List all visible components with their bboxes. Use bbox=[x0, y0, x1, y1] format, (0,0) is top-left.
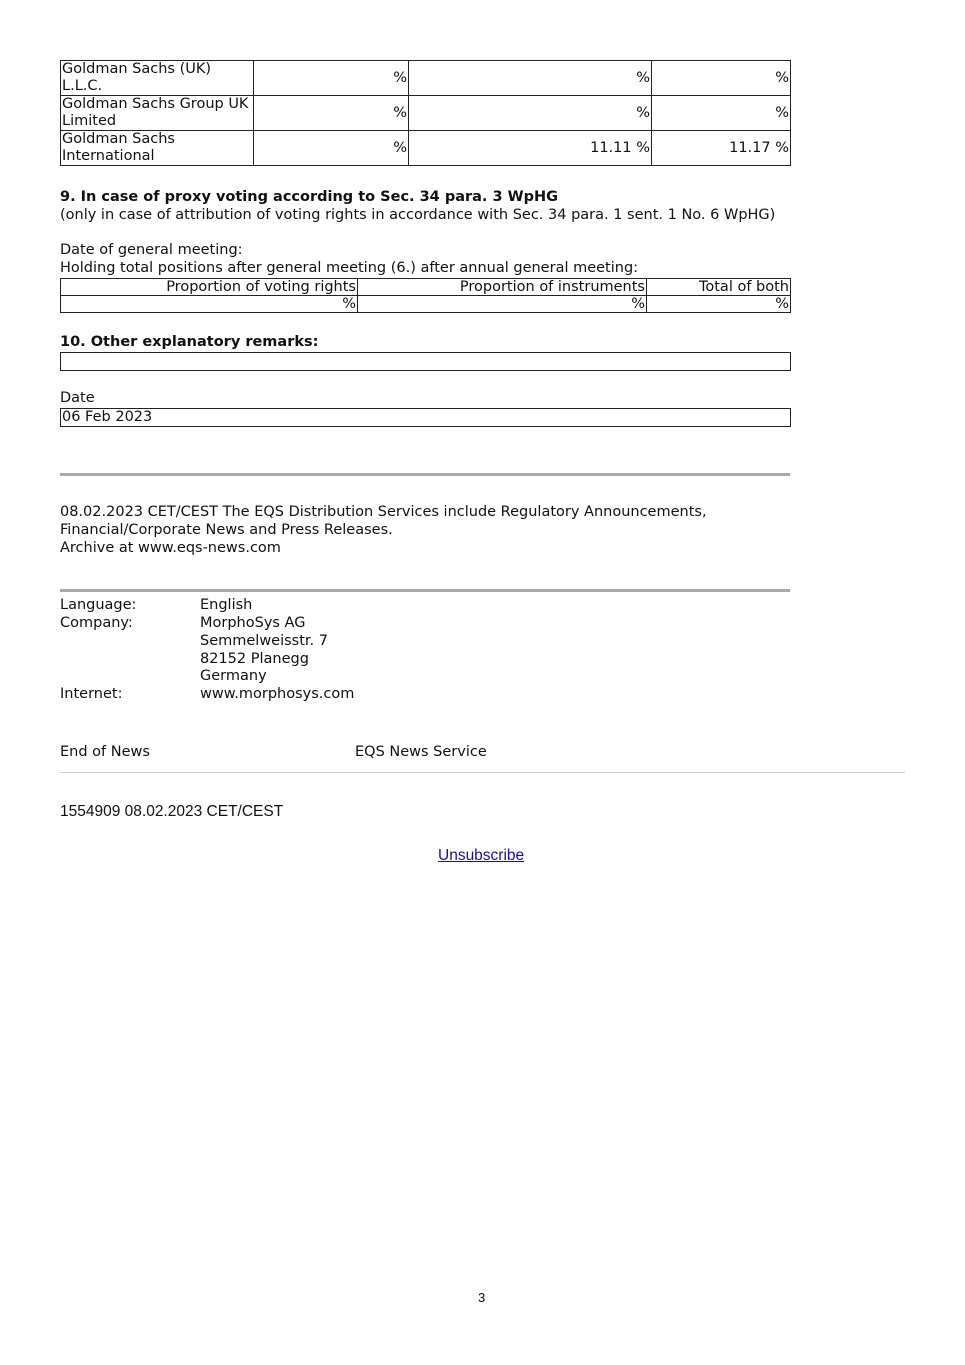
page-number: 3 bbox=[478, 1290, 485, 1305]
voting-rights-cell: % bbox=[254, 96, 409, 131]
internet-value: www.morphosys.com bbox=[200, 686, 354, 704]
company-country: Germany bbox=[200, 668, 267, 686]
archive-line: Archive at www.eqs-news.com bbox=[60, 540, 281, 556]
divider bbox=[60, 589, 790, 592]
language-value: English bbox=[200, 597, 252, 615]
company-name: MorphoSys AG bbox=[200, 615, 305, 633]
voting-rights-cell: % bbox=[254, 61, 409, 96]
entity-name: Goldman Sachs Group UK Limited bbox=[61, 96, 254, 131]
proxy-voting-table: Proportion of voting rights Proportion o… bbox=[60, 278, 791, 313]
table-row: % % % bbox=[61, 296, 791, 313]
header-voting-rights: Proportion of voting rights bbox=[61, 279, 358, 296]
instruments-cell: 11.11 % bbox=[409, 131, 652, 166]
end-of-news: End of News bbox=[60, 744, 150, 760]
language-label: Language: bbox=[60, 597, 136, 615]
total-cell: % bbox=[652, 96, 791, 131]
footer-divider bbox=[60, 772, 905, 773]
divider bbox=[60, 473, 790, 476]
company-label: Company: bbox=[60, 615, 133, 633]
date-label: Date bbox=[60, 390, 95, 406]
holding-positions-label: Holding total positions after general me… bbox=[60, 260, 638, 276]
general-meeting-date-label: Date of general meeting: bbox=[60, 242, 243, 258]
section-10-title: 10. Other explanatory remarks: bbox=[60, 334, 318, 350]
company-street: Semmelweisstr. 7 bbox=[200, 633, 328, 651]
instruments-cell: % bbox=[409, 61, 652, 96]
unsubscribe-wrapper: Unsubscribe bbox=[438, 847, 524, 865]
unsubscribe-link[interactable]: Unsubscribe bbox=[438, 847, 524, 864]
table-row: Goldman Sachs Group UK Limited % % % bbox=[61, 96, 791, 131]
company-city: 82152 Planegg bbox=[200, 651, 309, 669]
news-service: EQS News Service bbox=[355, 744, 487, 760]
entity-name: Goldman Sachs International bbox=[61, 131, 254, 166]
entity-name: Goldman Sachs (UK) L.L.C. bbox=[61, 61, 254, 96]
header-total: Total of both bbox=[647, 279, 791, 296]
distribution-line-1: 08.02.2023 CET/CEST The EQS Distribution… bbox=[60, 504, 707, 520]
internet-label: Internet: bbox=[60, 686, 122, 704]
section-9-subtitle: (only in case of attribution of voting r… bbox=[60, 207, 775, 223]
holdings-table: Goldman Sachs (UK) L.L.C. % % % Goldman … bbox=[60, 60, 791, 166]
table-header-row: Proportion of voting rights Proportion o… bbox=[61, 279, 791, 296]
total-cell: 11.17 % bbox=[652, 131, 791, 166]
header-instruments: Proportion of instruments bbox=[358, 279, 647, 296]
section-9-title: 9. In case of proxy voting according to … bbox=[60, 189, 558, 205]
date-box: 06 Feb 2023 bbox=[60, 408, 791, 427]
instruments-cell: % bbox=[409, 96, 652, 131]
voting-rights-cell: % bbox=[254, 131, 409, 166]
distribution-line-2: Financial/Corporate News and Press Relea… bbox=[60, 522, 393, 538]
total-cell: % bbox=[652, 61, 791, 96]
table-row: Goldman Sachs (UK) L.L.C. % % % bbox=[61, 61, 791, 96]
instruments-cell: % bbox=[358, 296, 647, 313]
footer-id: 1554909 08.02.2023 CET/CEST bbox=[60, 803, 283, 821]
voting-rights-cell: % bbox=[61, 296, 358, 313]
remarks-box bbox=[60, 352, 791, 371]
table-row: Goldman Sachs International % 11.11 % 11… bbox=[61, 131, 791, 166]
total-cell: % bbox=[647, 296, 791, 313]
